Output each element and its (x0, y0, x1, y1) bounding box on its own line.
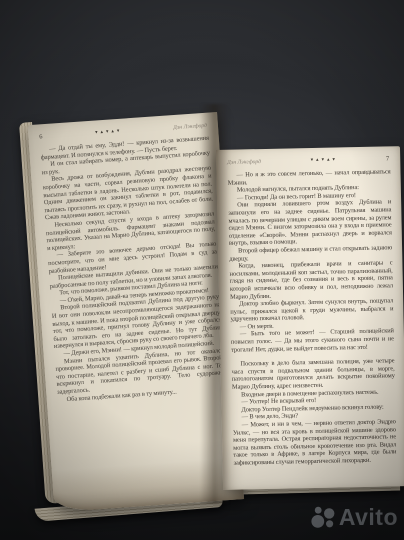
book-page-left: 6 ▼▲▼▲▼ Дэн Лэнгфорд — Да отдай ты ему, … (27, 112, 244, 512)
left-page-number: 6 (39, 133, 43, 140)
book-paragraph: Когда, наконец, прибежали врачи и санита… (229, 259, 393, 300)
book-paragraph: — Быть того не может! — Старший полицейс… (231, 328, 394, 354)
book-paragraph: Они подняли ловившего ртом воздух Дублин… (228, 199, 392, 248)
avito-watermark-label: Avito (339, 504, 398, 531)
left-page-text: — Да отдай ты ему, Эдди! — крикнул из-за… (29, 132, 237, 405)
right-page-text: — Но я ж это совсем легонько, — начал оп… (216, 166, 404, 467)
header-ornament-icon: ▼▲▼▲▼ (310, 156, 337, 162)
left-running-header: Дэн Лэнгфорд (173, 123, 207, 131)
book-photo: 6 ▼▲▼▲▼ Дэн Лэнгфорд — Да отдай ты ему, … (0, 0, 404, 540)
book-paragraph: Доктор злобно фыркнул. Затем сунулся вну… (230, 297, 393, 323)
avito-watermark: Avito (311, 504, 398, 531)
right-running-header: Дэн Лэнгфорд (227, 159, 261, 166)
book-page-right: Дэн Лэнгфорд ▼▲▼▲▼ 7 — Но я ж это совсем… (216, 146, 404, 490)
avito-logo-icon (311, 505, 336, 530)
header-ornament-icon: ▼▲▼▲▼ (94, 128, 122, 135)
book-paragraph: Поскольку в дело была замешана полиция, … (231, 358, 395, 392)
book-paragraph: — Может, и ни в чем, — нервно ответил до… (233, 418, 397, 467)
right-page-number: 7 (386, 155, 389, 162)
